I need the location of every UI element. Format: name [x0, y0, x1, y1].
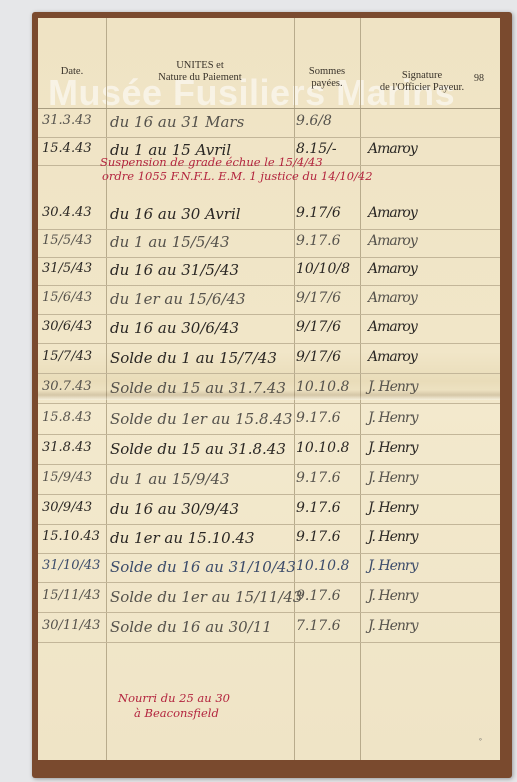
entry-date: 15/6/43 [42, 290, 102, 305]
page-number: 98 [474, 73, 484, 84]
entry-amount: 9/17/6 [296, 349, 358, 365]
entry-signature: J. Henry [368, 470, 488, 486]
entry-amount: 10.10.8 [296, 558, 358, 574]
header-signature-line1: Signature [360, 70, 484, 82]
entry-amount: 9/17/6 [296, 319, 358, 335]
entry-date: 30/6/43 [42, 319, 102, 334]
table-header: Date. UNITES et Nature du Paiement Somme… [38, 18, 500, 110]
entry-amount: 9.17.6 [296, 529, 358, 545]
table-row: 31.3.43du 16 au 31 Mars9.6/8 [38, 110, 500, 138]
entry-signature: J. Henry [368, 618, 488, 634]
entry-signature: Amaroy [368, 349, 488, 365]
table-row: 31.8.43Solde du 15 au 31.8.4310.10.8J. H… [38, 437, 500, 465]
entry-date: 15.10.43 [42, 529, 102, 544]
entry-signature: J. Henry [368, 588, 488, 604]
entry-amount: 9.6/8 [296, 113, 358, 129]
entry-amount: 9.17.6 [296, 500, 358, 516]
entry-date: 15/5/43 [42, 233, 102, 248]
entry-nature: du 16 au 30/6/43 [110, 319, 300, 337]
entry-date: 15.4.43 [42, 141, 102, 156]
table-row: 15/11/43Solde du 1er au 15/11/439.17.6J.… [38, 585, 500, 613]
entry-nature: du 1er au 15.10.43 [110, 529, 300, 547]
table-row: 31/10/43Solde du 16 au 31/10/4310.10.8J.… [38, 555, 500, 583]
annotation-suspension: Suspension de grade échue le 15/4/43 [100, 156, 323, 169]
entry-nature: du 16 au 31/5/43 [110, 261, 300, 279]
entry-date: 15.8.43 [42, 410, 102, 425]
entry-amount: 7.17.6 [296, 618, 358, 634]
entry-nature: du 16 au 30 Avril [110, 205, 300, 223]
entry-signature: Amaroy [368, 205, 488, 221]
table-row: 31/5/43du 16 au 31/5/4310/10/8Amaroy [38, 258, 500, 286]
header-nature-line2: Nature du Paiement [106, 72, 294, 84]
table-row: 15/5/43du 1 au 15/5/439.17.6Amaroy [38, 230, 500, 258]
entry-signature: Amaroy [368, 319, 488, 335]
annotation-beaconsfield: à Beaconsfield [134, 707, 219, 720]
entry-nature: Solde du 15 au 31.8.43 [110, 440, 300, 458]
entry-signature: J. Henry [368, 500, 488, 516]
entry-nature: du 1 au 15/9/43 [110, 470, 300, 488]
entry-nature: Solde du 16 au 31/10/43 [110, 558, 300, 576]
table-row: 15.10.43du 1er au 15.10.439.17.6J. Henry [38, 526, 500, 554]
entry-signature: Amaroy [368, 233, 488, 249]
header-sommes-line1: Sommes [294, 66, 360, 78]
header-date: Date. [38, 66, 106, 78]
table-row: 15/7/43Solde du 1 au 15/7/439/17/6Amaroy [38, 346, 500, 374]
entry-amount: 9.17.6 [296, 588, 358, 604]
entry-signature: Amaroy [368, 141, 488, 157]
header-date-label: Date. [61, 66, 83, 77]
annotation-order: ordre 1055 F.N.F.L. E.M. 1 justice du 14… [102, 170, 373, 183]
entry-nature: Solde du 16 au 30/11 [110, 618, 300, 636]
entry-date: 30.4.43 [42, 205, 102, 220]
table-row: 30.4.43du 16 au 30 Avril9.17/6Amaroy [38, 202, 500, 230]
ledger-page: Musée Fusiliers Marins Date. UNITES et N… [38, 18, 500, 760]
entry-amount: 9.17.6 [296, 410, 358, 426]
entry-date: 15/11/43 [42, 588, 102, 603]
entry-signature: J. Henry [368, 410, 488, 426]
entry-nature: Solde du 1er au 15.8.43 [110, 410, 300, 428]
page-fold [38, 390, 500, 400]
entry-signature: Amaroy [368, 290, 488, 306]
table-row: 15.8.43Solde du 1er au 15.8.439.17.6J. H… [38, 407, 500, 435]
entry-date: 30/11/43 [42, 618, 102, 633]
table-row: 30/6/43du 16 au 30/6/439/17/6Amaroy [38, 316, 500, 344]
entry-date: 30/9/43 [42, 500, 102, 515]
footer-mark: ◦ [479, 734, 482, 744]
table-row: 15/6/43du 1er au 15/6/439/17/6Amaroy [38, 287, 500, 315]
entry-nature: du 16 au 30/9/43 [110, 500, 300, 518]
entry-date: 31.3.43 [42, 113, 102, 128]
entry-amount: 9.17.6 [296, 233, 358, 249]
header-sommes: Sommes payées. [294, 66, 360, 90]
entry-amount: 9.17.6 [296, 470, 358, 486]
entry-date: 15/9/43 [42, 470, 102, 485]
entry-date: 31/5/43 [42, 261, 102, 276]
annotation-nourri: Nourri du 25 au 30 [118, 692, 230, 705]
entry-nature: du 16 au 31 Mars [110, 113, 300, 131]
entry-signature: J. Henry [368, 529, 488, 545]
entry-nature: Solde du 1er au 15/11/43 [110, 588, 300, 606]
table-row: 30/11/43Solde du 16 au 30/117.17.6J. Hen… [38, 615, 500, 643]
entry-nature: du 1er au 15/6/43 [110, 290, 300, 308]
entry-date: 31/10/43 [42, 558, 102, 573]
entry-amount: 9.17/6 [296, 205, 358, 221]
header-signature-line2: de l'Officier Payeur. [360, 82, 484, 94]
entry-amount: 10.10.8 [296, 440, 358, 456]
header-signature: Signature de l'Officier Payeur. [360, 70, 484, 94]
header-divider [38, 108, 500, 109]
entry-amount: 9/17/6 [296, 290, 358, 306]
entry-date: 31.8.43 [42, 440, 102, 455]
entry-nature: du 1 au 15/5/43 [110, 233, 300, 251]
table-row: 15/9/43du 1 au 15/9/439.17.6J. Henry [38, 467, 500, 495]
entry-nature: Solde du 1 au 15/7/43 [110, 349, 300, 367]
entry-signature: Amaroy [368, 261, 488, 277]
header-nature: UNITES et Nature du Paiement [106, 60, 294, 84]
header-nature-line1: UNITES et [106, 60, 294, 72]
entry-date: 15/7/43 [42, 349, 102, 364]
table-row: 30/9/43du 16 au 30/9/439.17.6J. Henry [38, 497, 500, 525]
entry-signature: J. Henry [368, 440, 488, 456]
header-sommes-line2: payées. [294, 78, 360, 90]
entry-signature: J. Henry [368, 558, 488, 574]
entry-amount: 10/10/8 [296, 261, 358, 277]
